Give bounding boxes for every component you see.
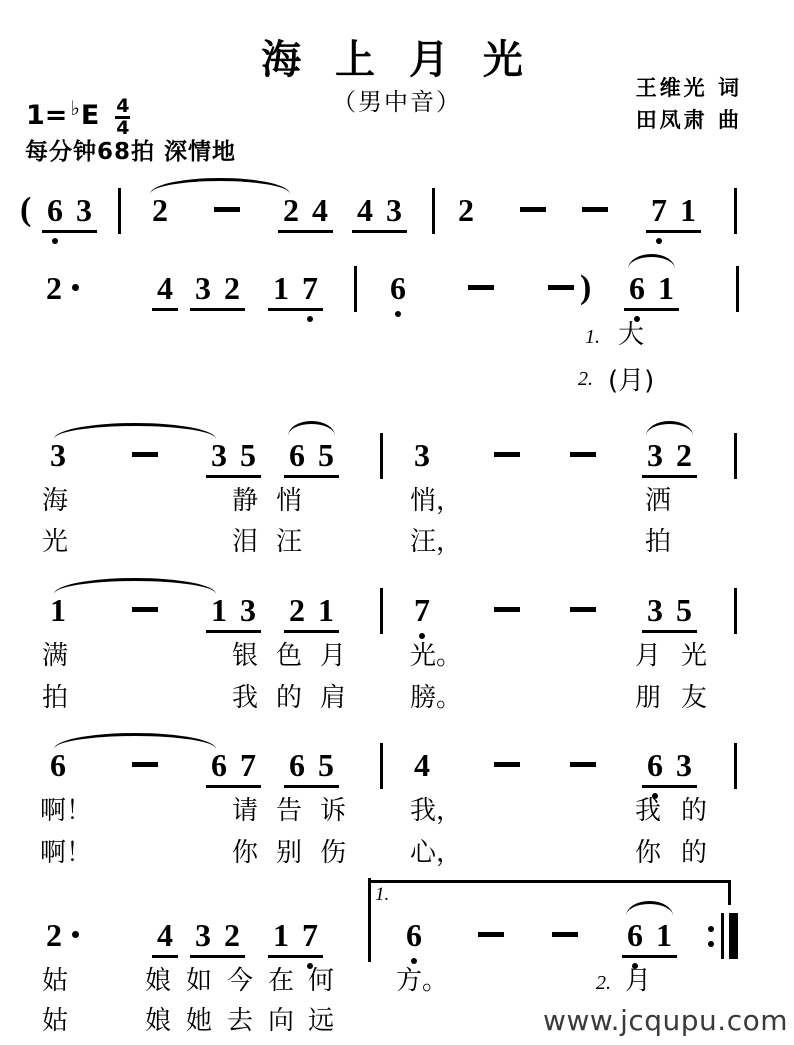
duration-dash — [582, 207, 608, 212]
note-digit: 2 — [224, 918, 240, 952]
verse-number: 1. — [585, 326, 600, 349]
lyric: 在 — [268, 966, 294, 996]
lyric: 啊！ — [40, 838, 92, 868]
note: 7 — [414, 593, 430, 627]
lyric: 月 — [635, 641, 661, 671]
beamed-note-group: 63 — [642, 748, 697, 788]
note-digit: 3 — [414, 438, 430, 472]
lyric: 姑 — [42, 966, 68, 996]
thin-barline — [721, 913, 724, 959]
score: (63224432712432176)613356533211321735667… — [0, 0, 794, 1045]
lyric: 色 — [276, 641, 302, 671]
duration-dash — [468, 285, 494, 290]
lyric: 你 — [232, 838, 258, 868]
repeat-dot — [708, 926, 714, 932]
beamed-note-group: 32 — [642, 438, 697, 478]
note-digit: 2 — [152, 193, 168, 227]
beamed-note-group: 71 — [646, 193, 701, 233]
note-digit: 1 — [50, 593, 66, 627]
note-digit: 3 — [240, 593, 256, 627]
lyric: 拍 — [42, 683, 68, 713]
lyric: 我 — [635, 796, 661, 826]
note-digit: 3 — [647, 438, 663, 472]
augmentation-dot — [72, 931, 79, 938]
note-digit: 6 — [50, 748, 66, 782]
duration-dash — [570, 607, 596, 612]
volta-label: 1. — [375, 884, 389, 906]
note-digit: 1 — [658, 271, 674, 305]
lyric: 方。 — [396, 966, 448, 996]
duration-dash — [214, 207, 240, 212]
duration-dash — [520, 207, 546, 212]
note-digit: 5 — [676, 593, 692, 627]
lyric: 大 — [618, 320, 644, 350]
lyric: 远 — [308, 1006, 334, 1036]
lyric: 伤 — [320, 838, 346, 868]
note-digit: 5 — [240, 438, 256, 472]
note-digit: 7 — [651, 193, 667, 227]
lyric: 月 — [320, 641, 346, 671]
note-digit: 4 — [414, 748, 430, 782]
low-octave-dot — [419, 633, 425, 639]
lyric: 她 — [186, 1006, 212, 1036]
note: 6 — [390, 271, 406, 305]
note-digit: 7 — [240, 748, 256, 782]
lyric: 朋 — [635, 683, 661, 713]
lyric: 的 — [276, 683, 302, 713]
repeat-dot — [708, 941, 714, 947]
slur-arc — [54, 733, 216, 749]
thick-barline — [729, 913, 738, 959]
repeat-dots — [708, 926, 714, 947]
lyric: 静 — [232, 486, 258, 516]
low-octave-dot — [656, 238, 662, 244]
note: 6 — [50, 748, 66, 782]
note-digit: 3 — [195, 918, 211, 952]
low-octave-dot — [52, 238, 58, 244]
lyric: 银 — [232, 641, 258, 671]
duration-dash — [570, 762, 596, 767]
barline — [432, 188, 435, 234]
note-digit: 2 — [224, 271, 240, 305]
low-octave-dot — [411, 958, 417, 964]
note: 4 — [152, 918, 178, 958]
lyric: 我， — [410, 796, 462, 826]
duration-dash — [494, 762, 520, 767]
note-digit: 6 — [406, 918, 422, 952]
score-page: 海 上 月 光 （男中音） 王维光 词 田凤肃 曲 1= ♭ E 4 4 每分钟… — [0, 0, 794, 1045]
note-digit: 1 — [273, 271, 289, 305]
watermark: www.jcqupu.com — [543, 1004, 788, 1037]
note-digit: 2 — [676, 438, 692, 472]
note-digit: 6 — [647, 748, 663, 782]
beamed-note-group: 32 — [190, 918, 245, 958]
lyric: 月 — [625, 966, 651, 996]
lyric: 别 — [276, 838, 302, 868]
note-digit: 4 — [312, 193, 328, 227]
lyric: 去 — [227, 1006, 253, 1036]
slur-arc — [628, 254, 675, 269]
note: 4 — [152, 271, 178, 311]
lyric: 告 — [276, 796, 302, 826]
note-digit: 6 — [289, 748, 305, 782]
barline — [118, 188, 121, 234]
lyric: 娘 — [145, 966, 171, 996]
note-digit: 2 — [283, 193, 299, 227]
barline — [354, 266, 357, 312]
beamed-note-group: 63 — [42, 193, 97, 233]
verse-number: 2. — [578, 368, 593, 391]
verse-number: 2. — [596, 972, 611, 995]
beamed-note-group: 21 — [284, 593, 339, 633]
lyric: 何 — [308, 966, 334, 996]
duration-dash — [552, 932, 578, 937]
end-repeat-sign — [708, 913, 738, 959]
lyric: 心， — [410, 838, 462, 868]
lyric: 悄， — [410, 486, 462, 516]
beamed-note-group: 61 — [622, 918, 677, 958]
duration-dash — [570, 452, 596, 457]
lyric: 汪， — [410, 527, 462, 557]
barline — [736, 266, 739, 312]
barline — [734, 588, 737, 634]
lyric: 请 — [232, 796, 258, 826]
note-digit: 6 — [211, 748, 227, 782]
note-digit: 7 — [414, 593, 430, 627]
note: 2 — [46, 271, 62, 305]
beamed-note-group: 35 — [206, 438, 261, 478]
beamed-note-group: 65 — [284, 748, 339, 788]
barline — [380, 433, 383, 479]
note-digit: 5 — [318, 438, 334, 472]
barline — [734, 743, 737, 789]
lyric: 今 — [227, 966, 253, 996]
note-digit: 4 — [157, 918, 173, 952]
note-digit: 3 — [195, 271, 211, 305]
duration-dash — [494, 607, 520, 612]
lyric: 你 — [635, 838, 661, 868]
lyric: 肩 — [320, 683, 346, 713]
note-digit: 2 — [46, 271, 62, 305]
slur-arc — [54, 578, 216, 594]
duration-dash — [132, 452, 158, 457]
note-digit: 2 — [46, 918, 62, 952]
note-digit: 1 — [318, 593, 334, 627]
barline — [380, 743, 383, 789]
lyric: 泪 — [232, 527, 258, 557]
parenthesis: ) — [580, 271, 591, 305]
beamed-note-group: 13 — [206, 593, 261, 633]
slur-arc — [54, 423, 216, 439]
lyric: 啊！ — [40, 796, 92, 826]
note-digit: 6 — [390, 271, 406, 305]
note-digit: 3 — [76, 193, 92, 227]
note: 2 — [46, 918, 62, 952]
note: 4 — [414, 748, 430, 782]
duration-dash — [494, 452, 520, 457]
duration-dash — [132, 762, 158, 767]
lyric: 膀。 — [410, 683, 462, 713]
note-digit: 2 — [458, 193, 474, 227]
note-digit: 7 — [302, 271, 318, 305]
lyric: 汪 — [276, 527, 302, 557]
lyric: 悄 — [276, 486, 302, 516]
note: 6 — [406, 918, 422, 952]
lyric: 光 — [42, 527, 68, 557]
beamed-note-group: 35 — [642, 593, 697, 633]
note-digit: 3 — [50, 438, 66, 472]
lyric: 诉 — [320, 796, 346, 826]
note: 2 — [458, 193, 474, 227]
note-digit: 4 — [357, 193, 373, 227]
lyric: 光。 — [410, 641, 462, 671]
note: 3 — [414, 438, 430, 472]
duration-dash — [548, 285, 574, 290]
lyric: 娘 — [145, 1006, 171, 1036]
note-digit: 2 — [289, 593, 305, 627]
lyric: 拍 — [645, 527, 671, 557]
note-digit: 6 — [47, 193, 63, 227]
lyric: (月) — [608, 366, 654, 396]
note: 2 — [152, 193, 168, 227]
note: 3 — [50, 438, 66, 472]
volta-bracket: 1. — [368, 880, 731, 905]
note-digit: 1 — [656, 918, 672, 952]
beamed-note-group: 17 — [268, 271, 323, 311]
note: 1 — [50, 593, 66, 627]
lyric: 姑 — [42, 1006, 68, 1036]
lyric: 向 — [268, 1006, 294, 1036]
lyric: 的 — [681, 796, 707, 826]
barline — [734, 188, 737, 234]
lyric: 光 — [681, 641, 707, 671]
lyric: 的 — [681, 838, 707, 868]
note-digit: 1 — [211, 593, 227, 627]
note-digit: 7 — [302, 918, 318, 952]
beamed-note-group: 67 — [206, 748, 261, 788]
slur-arc — [646, 421, 693, 436]
beamed-note-group: 65 — [284, 438, 339, 478]
note-digit: 1 — [273, 918, 289, 952]
note-digit: 3 — [386, 193, 402, 227]
beamed-note-group: 43 — [352, 193, 407, 233]
low-octave-dot — [307, 316, 313, 322]
lyric: 我 — [232, 683, 258, 713]
barline — [380, 588, 383, 634]
low-octave-dot — [395, 311, 401, 317]
note-digit: 4 — [157, 271, 173, 305]
lyric: 满 — [42, 641, 68, 671]
beamed-note-group: 32 — [190, 271, 245, 311]
note-digit: 6 — [627, 918, 643, 952]
beamed-note-group: 24 — [278, 193, 333, 233]
augmentation-dot — [72, 284, 79, 291]
duration-dash — [132, 607, 158, 612]
note-digit: 6 — [629, 271, 645, 305]
beamed-note-group: 61 — [624, 271, 679, 311]
slur-arc — [288, 421, 335, 436]
beamed-note-group: 17 — [268, 918, 323, 958]
note-digit: 1 — [680, 193, 696, 227]
note-digit: 3 — [211, 438, 227, 472]
note-digit: 3 — [676, 748, 692, 782]
note-digit: 5 — [318, 748, 334, 782]
parenthesis: ( — [20, 193, 31, 227]
slur-arc — [150, 178, 290, 194]
lyric: 如 — [186, 966, 212, 996]
note-digit: 6 — [289, 438, 305, 472]
duration-dash — [478, 932, 504, 937]
note-digit: 3 — [647, 593, 663, 627]
barline — [734, 433, 737, 479]
lyric: 海 — [42, 486, 68, 516]
lyric: 洒 — [645, 486, 671, 516]
lyric: 友 — [681, 683, 707, 713]
